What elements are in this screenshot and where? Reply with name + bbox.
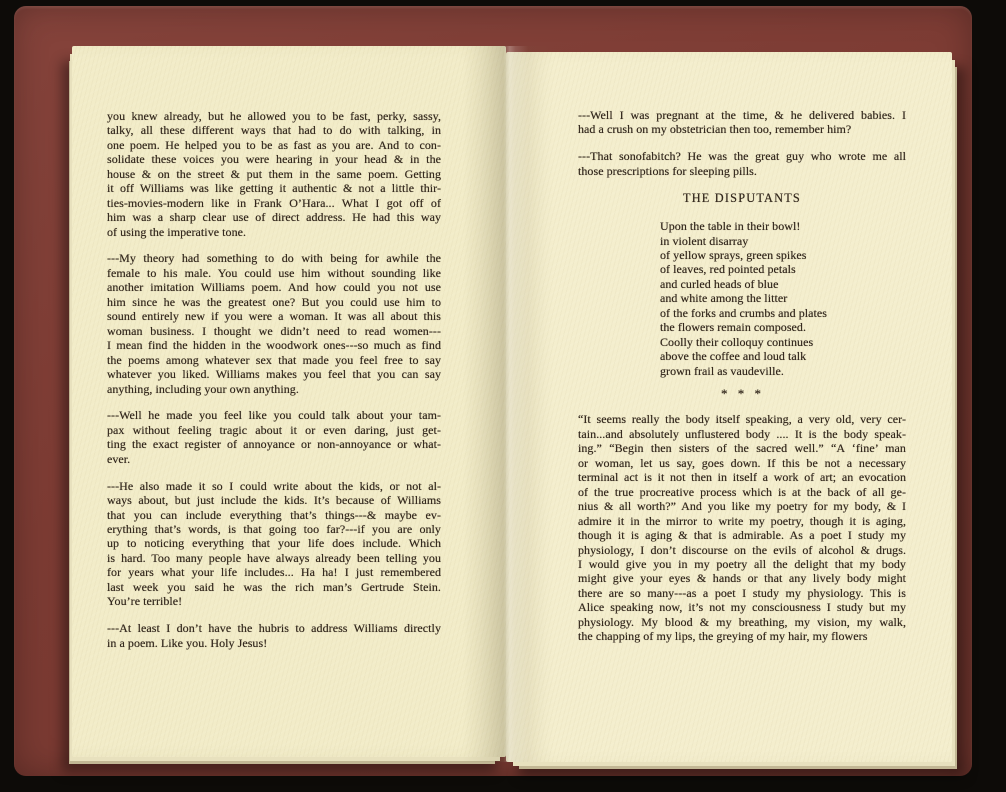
poem-line: of leaves, red pointed petals bbox=[660, 262, 906, 276]
text-line: I would give you in my poetry all the de… bbox=[578, 557, 906, 571]
text-line: nius & all worth?” And you like my poetr… bbox=[578, 499, 906, 513]
text-line: anything, including your own anything. bbox=[107, 382, 441, 396]
text-line: in a poem. Like you. Holy Jesus! bbox=[107, 636, 441, 650]
text-line: it off Williams was like getting it auth… bbox=[107, 181, 441, 195]
text-line: another imitation Williams poem. And how… bbox=[107, 280, 441, 294]
paragraph: ---He also made it so I could write abou… bbox=[107, 479, 441, 609]
text-line: sound entirely new if you were a woman. … bbox=[107, 309, 441, 323]
text-line: terminal act is it not then in itself a … bbox=[578, 470, 906, 484]
poem-line: and white among the litter bbox=[660, 291, 906, 305]
poem-line: above the coffee and loud talk bbox=[660, 349, 906, 363]
text-line: ever. bbox=[107, 452, 441, 466]
text-line: ---My theory had something to do with be… bbox=[107, 251, 441, 265]
paragraph: ---Well he made you feel like you could … bbox=[107, 408, 441, 466]
text-line: I mean find the hidden in the woodwork o… bbox=[107, 338, 441, 352]
text-line: ing.” “Begin then sisters of the sacred … bbox=[578, 441, 906, 455]
text-line: Alice speaking now, it’s not my consciou… bbox=[578, 600, 906, 614]
text-line: physiology. My blood & my breathing, my … bbox=[578, 615, 906, 629]
asterisk-separator: * * * bbox=[578, 387, 906, 401]
text-line: up to noticing everything that your life… bbox=[107, 536, 441, 550]
paragraph: you knew already, but he allowed you to … bbox=[107, 109, 441, 239]
text-line: though it is aging & that is admirable. … bbox=[578, 528, 906, 542]
text-line: ---Well he made you feel like you could … bbox=[107, 408, 441, 422]
paragraph: “It seems really the body itself speakin… bbox=[578, 412, 906, 643]
poem-line: grown frail as vaudeville. bbox=[660, 364, 906, 378]
text-line: or woman, let us say, goes down. If this… bbox=[578, 456, 906, 470]
text-line: woman business. I thought we didn’t need… bbox=[107, 324, 441, 338]
text-line: him was a sharp clear use of direct addr… bbox=[107, 210, 441, 224]
text-line: “It seems really the body itself speakin… bbox=[578, 412, 906, 426]
text-line: the chapping of my lips, the greying of … bbox=[578, 629, 906, 643]
paragraph: ---At least I don’t have the hubris to a… bbox=[107, 621, 441, 650]
text-line: you knew already, but he allowed you to … bbox=[107, 109, 441, 123]
text-line: ties-movies-modern like in Frank O’Hara.… bbox=[107, 196, 441, 210]
poem-line: Upon the table in their bowl! bbox=[660, 219, 906, 233]
poem-line: and curled heads of blue bbox=[660, 277, 906, 291]
text-line: might give your eyes & hands or that any… bbox=[578, 571, 906, 585]
text-line: one poem. He helped you to be as fast as… bbox=[107, 138, 441, 152]
poem: Upon the table in their bowl!in violent … bbox=[660, 219, 906, 378]
text-line: ---Well I was pregnant at the time, & he… bbox=[578, 108, 906, 122]
text-line: female to his male. You could use him wi… bbox=[107, 266, 441, 280]
text-line: house & on the street & put them in the … bbox=[107, 167, 441, 181]
poem-line: of the forks and crumbs and plates bbox=[660, 306, 906, 320]
poem-line: the flowers remain composed. bbox=[660, 320, 906, 334]
text-line: tain...and absolutely unflustered body .… bbox=[578, 427, 906, 441]
text-line: ways about, but just include the kids. I… bbox=[107, 493, 441, 507]
text-line: whatever you liked. Williams makes you f… bbox=[107, 367, 441, 381]
text-line: ---He also made it so I could write abou… bbox=[107, 479, 441, 493]
text-line: of using the imperative tone. bbox=[107, 225, 441, 239]
poem-line: Coolly their colloquy continues bbox=[660, 335, 906, 349]
text-line: You’re terrible! bbox=[107, 594, 441, 608]
poem-title: THE DISPUTANTS bbox=[578, 191, 906, 205]
text-line: erything that’s words, is that going too… bbox=[107, 522, 441, 536]
text-line: ---That sonofabitch? He was the great gu… bbox=[578, 149, 906, 163]
right-page-text: ---Well I was pregnant at the time, & he… bbox=[578, 108, 906, 644]
text-line: solidate these voices you were hearing i… bbox=[107, 152, 441, 166]
text-line: last week you said he was the rich man’s… bbox=[107, 580, 441, 594]
text-line: physiology, I don’t discourse on the evi… bbox=[578, 543, 906, 557]
text-line: pax without feeling tragic about it or e… bbox=[107, 423, 441, 437]
poem-line: in violent disarray bbox=[660, 234, 906, 248]
text-line: admire it in the mirror to write my poet… bbox=[578, 514, 906, 528]
text-line: him since he was the greatest one? But y… bbox=[107, 295, 441, 309]
text-line: the poems among whatever sex that made y… bbox=[107, 353, 441, 367]
text-line: ---At least I don’t have the hubris to a… bbox=[107, 621, 441, 635]
paragraph: ---Well I was pregnant at the time, & he… bbox=[578, 108, 906, 137]
paragraph: ---That sonofabitch? He was the great gu… bbox=[578, 149, 906, 178]
text-line: that you can include everything that’s t… bbox=[107, 508, 441, 522]
text-line: ting the exact register of annoyance or … bbox=[107, 437, 441, 451]
text-line: talky, all these different ways that had… bbox=[107, 123, 441, 137]
text-line: of the true procreative process which is… bbox=[578, 485, 906, 499]
paragraph: ---My theory had something to do with be… bbox=[107, 251, 441, 396]
text-line: there are so many---as a poet I study my… bbox=[578, 586, 906, 600]
text-line: had a crush on my obstetrician then too,… bbox=[578, 122, 906, 136]
text-line: for years what your life includes... Ha … bbox=[107, 565, 441, 579]
left-page-text: you knew already, but he allowed you to … bbox=[107, 109, 441, 650]
book-spread-photo: you knew already, but he allowed you to … bbox=[0, 0, 1006, 792]
text-line: those prescriptions for sleeping pills. bbox=[578, 164, 906, 178]
poem-line: of yellow sprays, green spikes bbox=[660, 248, 906, 262]
text-line: is hard. Too many people have always alr… bbox=[107, 551, 441, 565]
